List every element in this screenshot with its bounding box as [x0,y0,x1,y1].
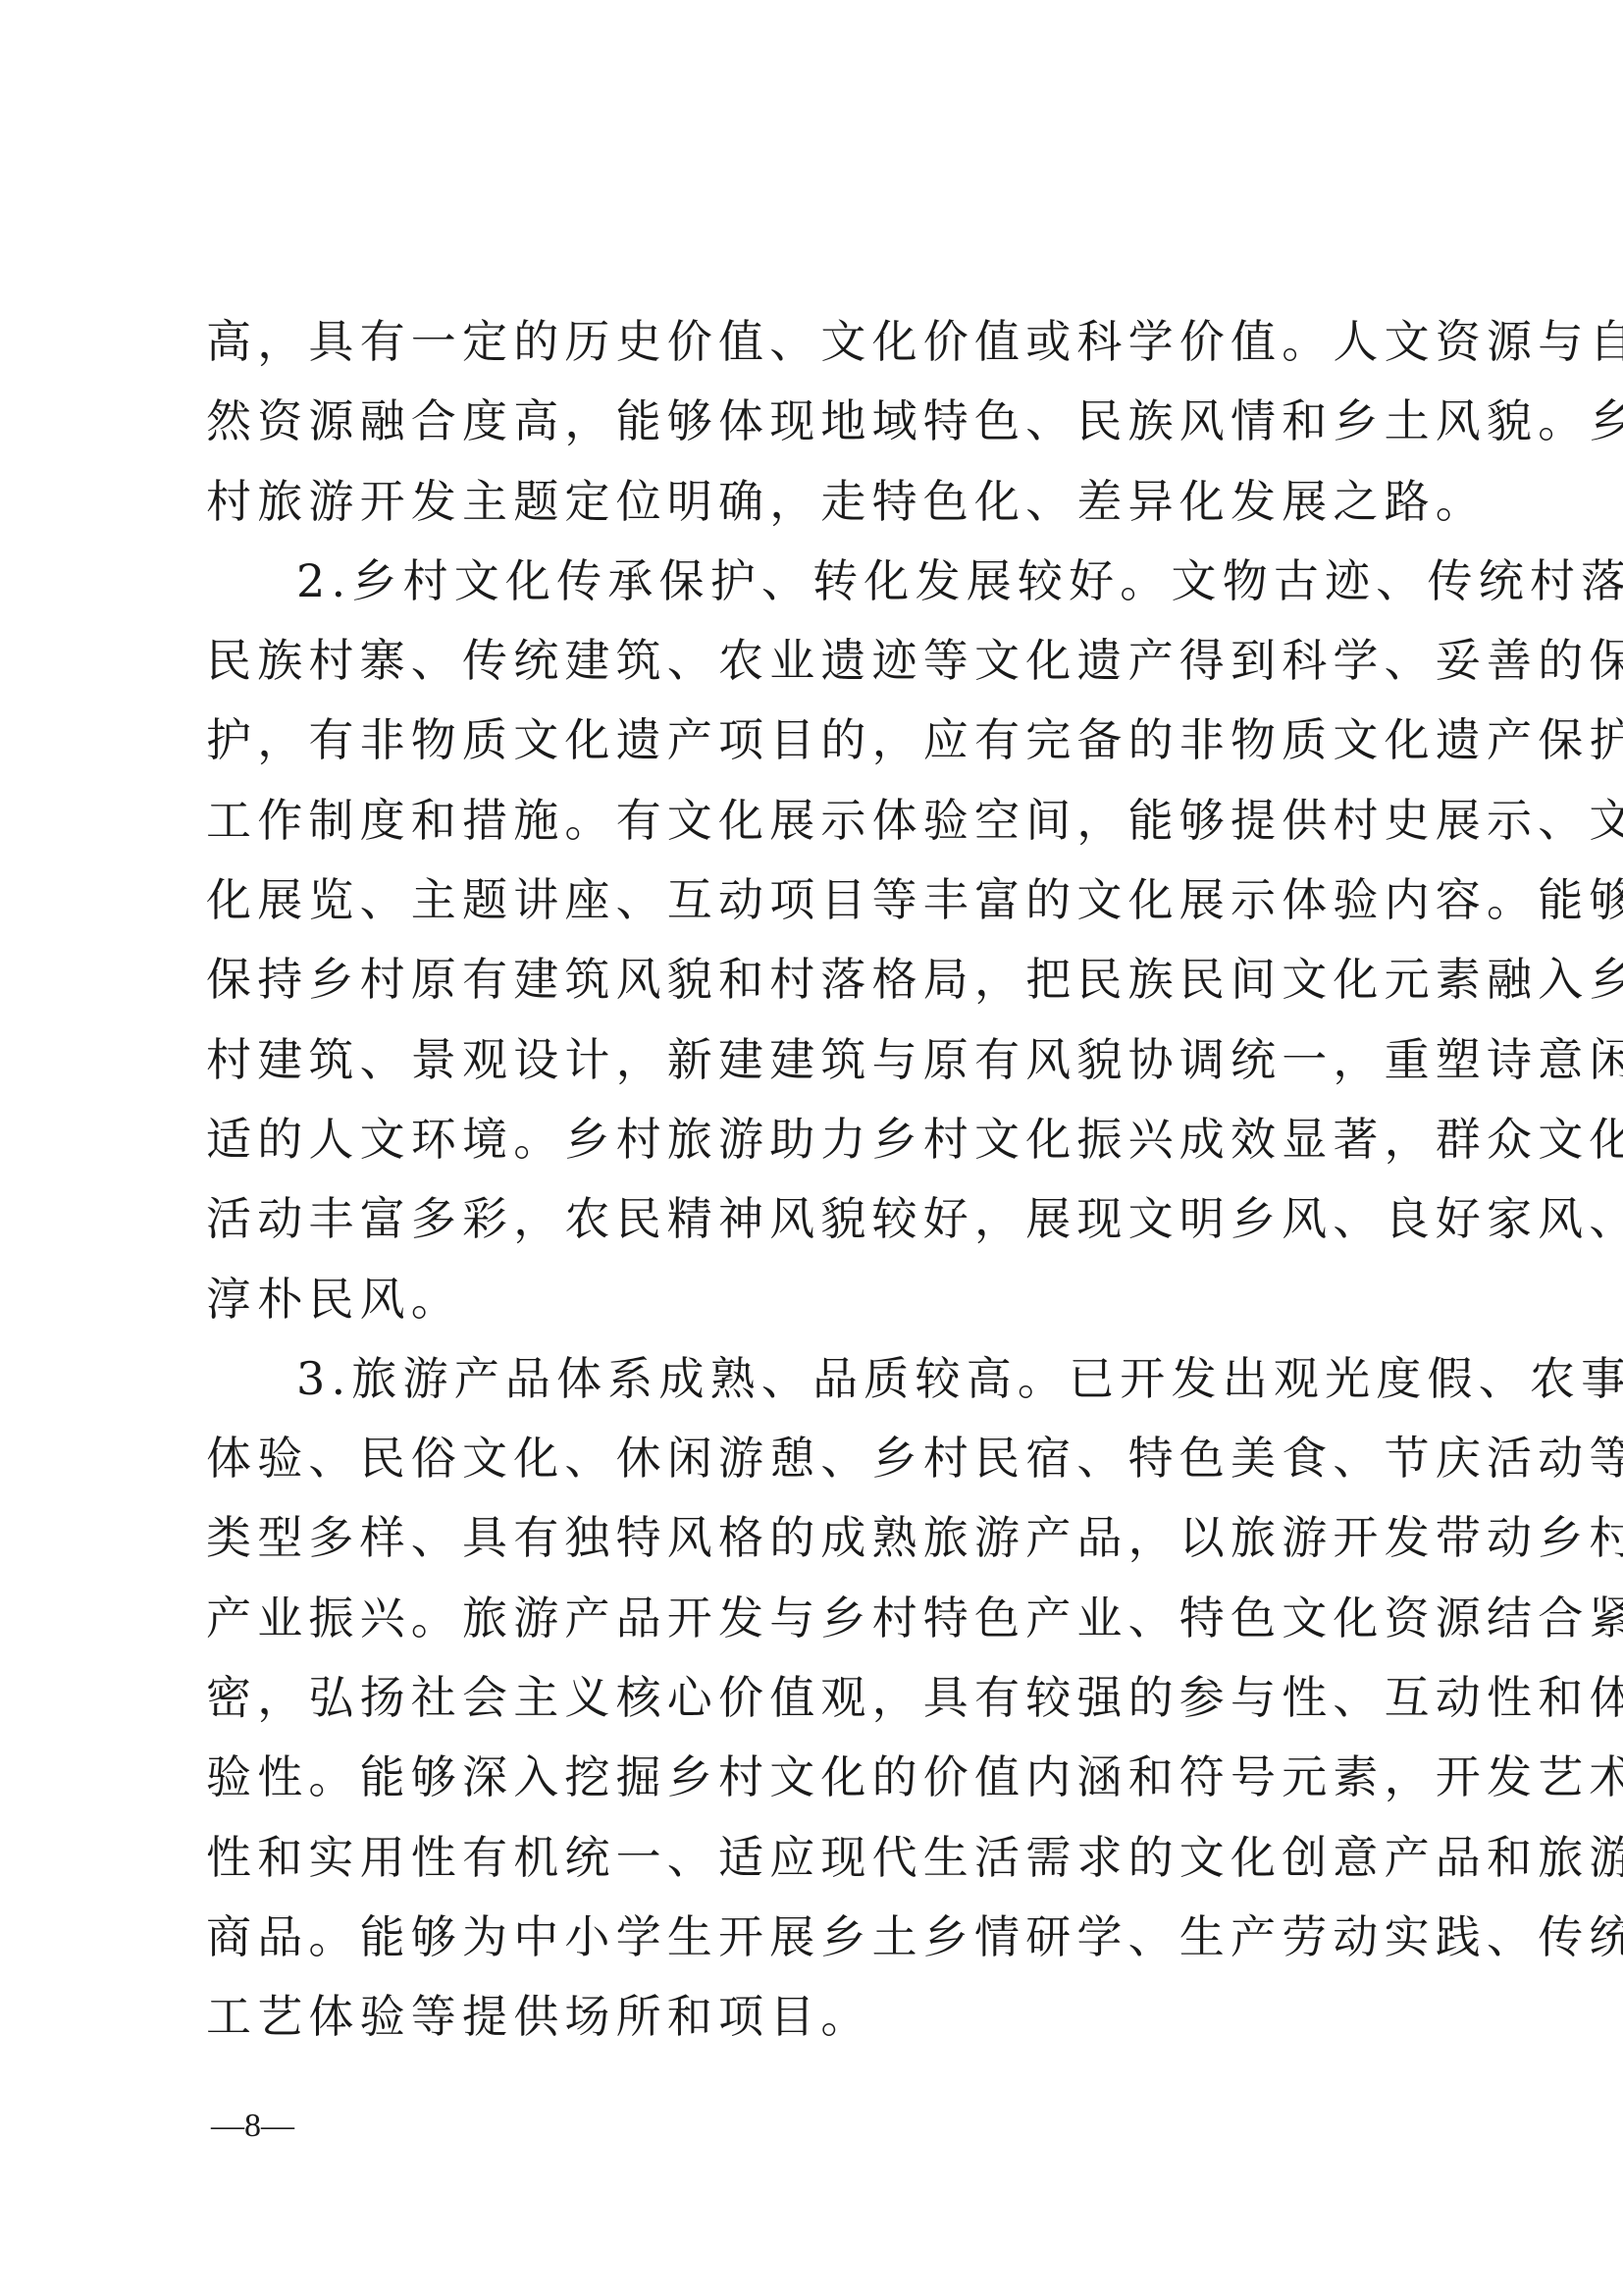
text-line: 护，有非物质文化遗产项目的，应有完备的非物质文化遗产保护 [206,701,1442,780]
text-line: 村建筑、景观设计，新建建筑与原有风貌协调统一，重塑诗意闲 [206,1020,1442,1100]
text-line: 类型多样、具有独特风格的成熟旅游产品，以旅游开发带动乡村 [206,1498,1442,1578]
text-line: 工作制度和措施。有文化展示体验空间，能够提供村史展示、文 [206,781,1442,861]
text-line: 工艺体验等提供场所和项目。 [206,1977,1442,2057]
page-number: —8— [211,2108,294,2145]
body-text: 高，具有一定的历史价值、文化价值或科学价值。人文资源与自 然资源融合度高，能够体… [206,302,1442,2058]
text-line: 然资源融合度高，能够体现地域特色、民族风情和乡土风貌。乡 [206,382,1442,461]
text-line: 淳朴民风。 [206,1260,1442,1339]
text-line: 化展览、主题讲座、互动项目等丰富的文化展示体验内容。能够 [206,861,1442,940]
text-line: 村旅游开发主题定位明确，走特色化、差异化发展之路。 [206,462,1442,542]
text-line: 民族村寨、传统建筑、农业遗迹等文化遗产得到科学、妥善的保 [206,621,1442,701]
text-line: 商品。能够为中小学生开展乡土乡情研学、生产劳动实践、传统 [206,1898,1442,1977]
document-page: 高，具有一定的历史价值、文化价值或科学价值。人文资源与自 然资源融合度高，能够体… [0,0,1623,2296]
text-line: 体验、民俗文化、休闲游憩、乡村民宿、特色美食、节庆活动等 [206,1419,1442,1498]
section-heading-line: 2.乡村文化传承保护、转化发展较好。文物古迹、传统村落、 [206,542,1442,621]
text-line: 密，弘扬社会主义核心价值观，具有较强的参与性、互动性和体 [206,1658,1442,1738]
text-line: 产业振兴。旅游产品开发与乡村特色产业、特色文化资源结合紧 [206,1579,1442,1658]
text-line: 验性。能够深入挖掘乡村文化的价值内涵和符号元素，开发艺术 [206,1738,1442,1817]
text-line: 性和实用性有机统一、适应现代生活需求的文化创意产品和旅游 [206,1818,1442,1898]
text-line: 适的人文环境。乡村旅游助力乡村文化振兴成效显著，群众文化 [206,1100,1442,1179]
text-line: 保持乡村原有建筑风貌和村落格局，把民族民间文化元素融入乡 [206,940,1442,1019]
text-line: 高，具有一定的历史价值、文化价值或科学价值。人文资源与自 [206,302,1442,382]
section-heading-line: 3.旅游产品体系成熟、品质较高。已开发出观光度假、农事 [206,1339,1442,1419]
text-line: 活动丰富多彩，农民精神风貌较好，展现文明乡风、良好家风、 [206,1179,1442,1259]
